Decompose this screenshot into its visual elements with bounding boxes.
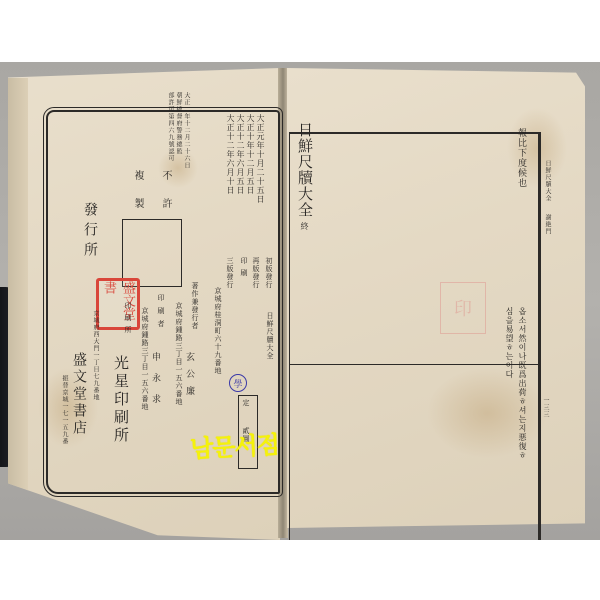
printer-label: 印刷者 (157, 294, 164, 333)
author-name: 玄公廉 (184, 352, 193, 403)
price-label: 定 (242, 399, 249, 407)
book-title: 日鮮尺牘大全 (297, 122, 312, 218)
edition-print: 印刷 (240, 257, 247, 281)
end-mark: 終 (300, 222, 308, 231)
edition-first: 初版發行 (265, 257, 272, 289)
author-label: 著作兼發行者 (191, 282, 198, 330)
date-1: 大正元年十月二十五日 (256, 114, 264, 204)
korean-line-2: 심을易望ㅎ는이다 (505, 307, 513, 379)
printer-address: 京城府鍾路三丁目一五六番地 (175, 302, 182, 406)
purple-stamp: 學 (229, 374, 247, 392)
printing-office-address: 京城府鍾路三丁目一五六番地 (141, 307, 148, 411)
no-reprint-2: 複製 (132, 170, 142, 226)
approval-line-1: 大正二年十二月二十六日 (183, 92, 189, 169)
frame-divider (289, 364, 539, 365)
shop-watermark: 남문서점 (189, 425, 279, 465)
top-text: 報比下度候也 (516, 128, 525, 188)
page-number: 一三三 (542, 397, 548, 418)
date-3: 大正十二年六月五日 (236, 114, 244, 195)
approval-line-3: 部許可第四六九號認可 (167, 92, 173, 162)
page-edge (8, 78, 28, 518)
side-header-title: 日鮮尺牘大全 (544, 160, 550, 202)
printing-office-name: 光星印刷所 (113, 355, 128, 445)
text-frame (289, 132, 540, 540)
publisher-name: 盛文堂書店 (72, 352, 86, 437)
faint-seal: 印 (440, 282, 486, 334)
no-reprint-box (122, 219, 182, 287)
side-header-section: 謝絶門 (544, 214, 550, 235)
date-2: 大正十年十二月五日 (246, 114, 254, 195)
edition-second: 再版發行 (252, 257, 259, 289)
publisher-address: 京城府西大門一丁目七九番地 (92, 310, 98, 401)
title-line: 日鮮尺牘大全 (266, 312, 273, 360)
publisher-label: 發行所 (83, 202, 97, 262)
book-photo: 大正元年十月二十五日 大正十年十二月五日 大正十二年六月五日 大正十二年六月十日… (0, 62, 600, 540)
publisher-account: 振替京城一七一五九番 (61, 375, 67, 445)
approval-line-2: 朝鮮總督府警務總監 (175, 92, 181, 155)
no-reprint-1: 不許 (160, 170, 170, 226)
printing-office-label: 印刷所 (124, 302, 131, 338)
printer-name: 申永求 (150, 352, 159, 415)
author-address: 京城府桂洞町六十九番地 (214, 287, 221, 375)
date-4: 大正十二年六月十日 (226, 114, 234, 195)
publisher-seal: 盛文堂書 (96, 278, 140, 330)
edition-third: 三版發行 (226, 257, 233, 289)
frame-side-rule (540, 132, 541, 540)
korean-line-1: 옵소서然이나既爲出荷ㅎ셔는지悪復ㅎ (518, 307, 526, 460)
